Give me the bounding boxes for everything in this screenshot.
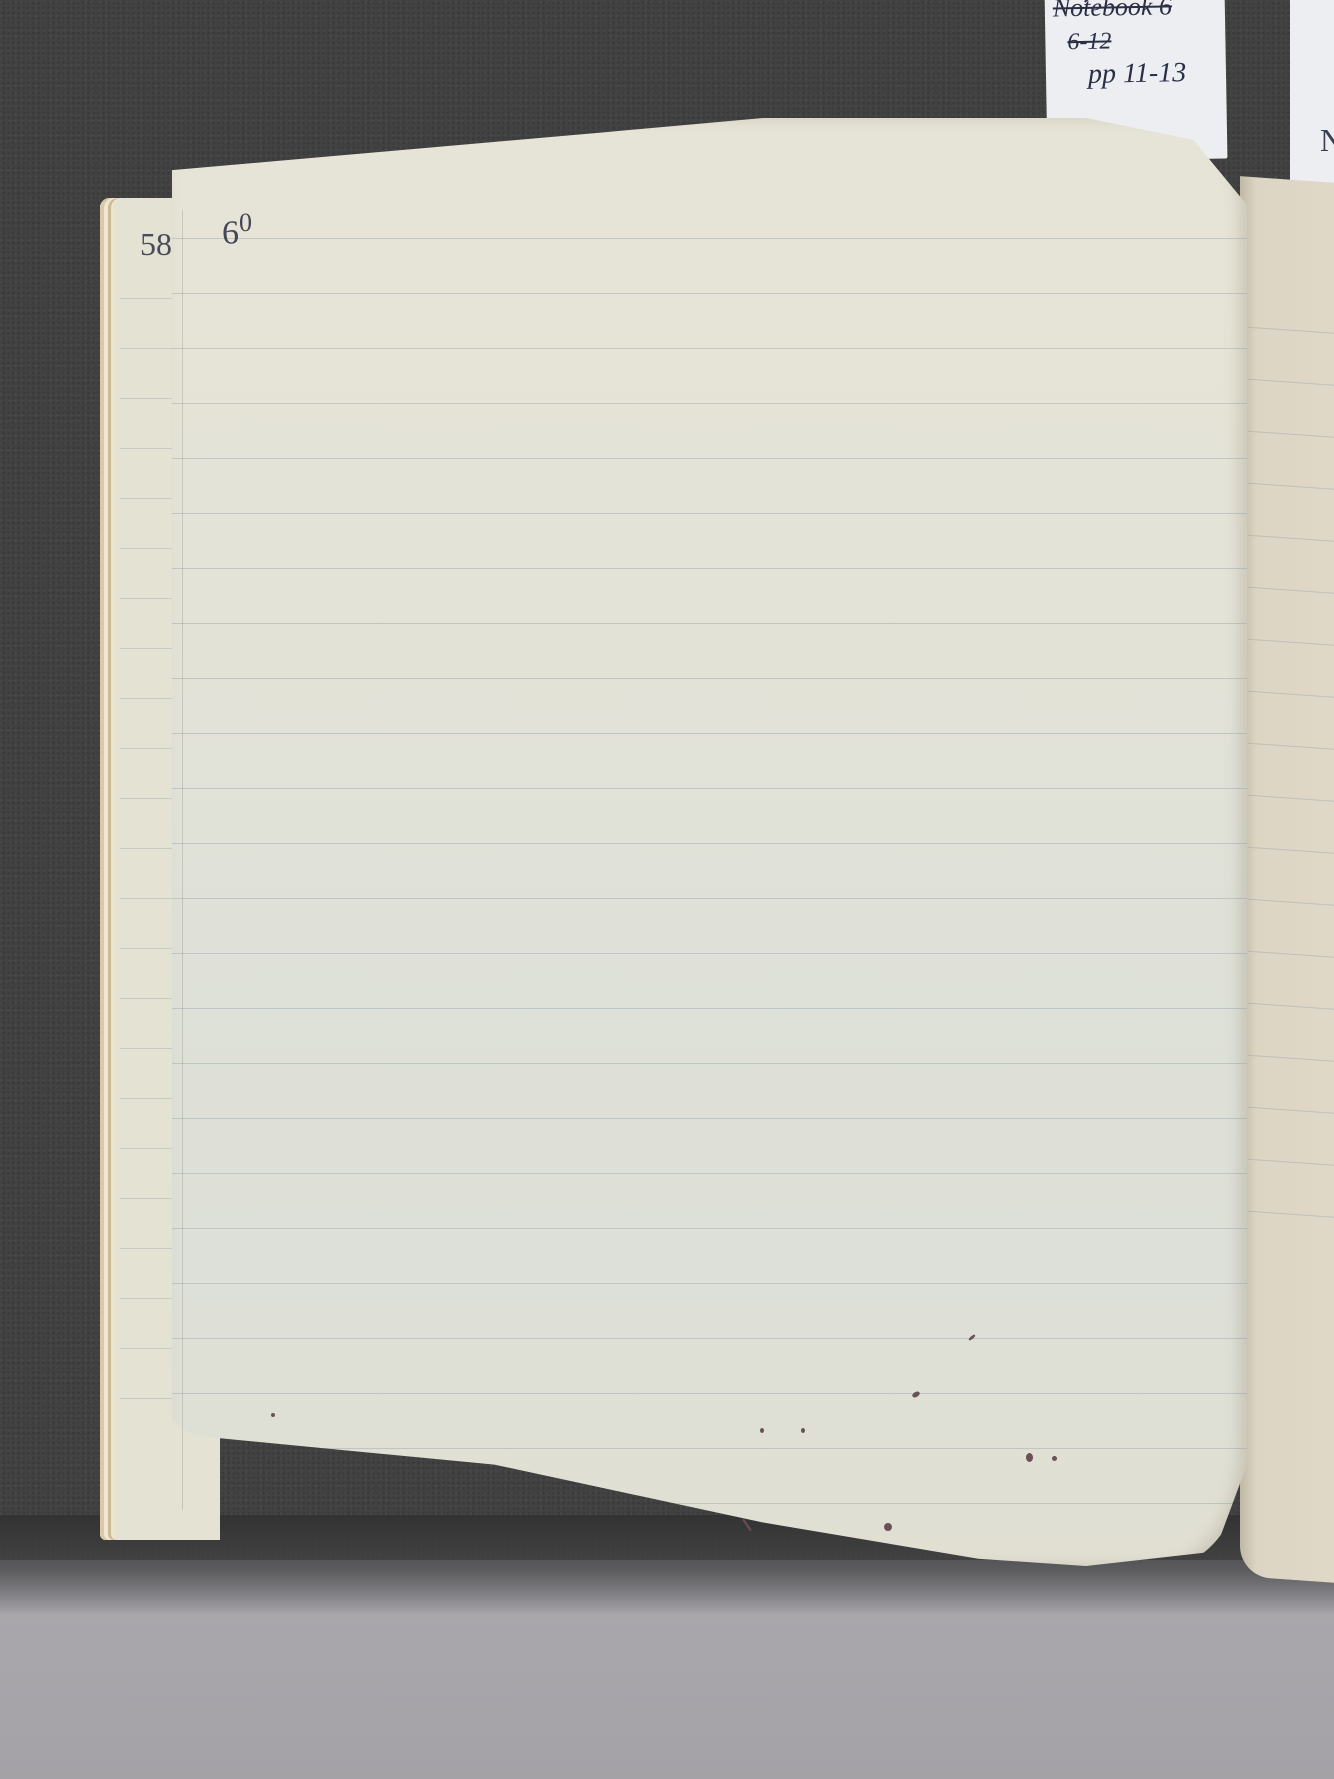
ruled-line xyxy=(1248,587,1334,596)
ruled-line xyxy=(1248,743,1334,752)
ruled-line xyxy=(172,1008,1247,1009)
page-number-digit: 6 xyxy=(222,214,239,251)
ruled-line xyxy=(1248,1211,1334,1220)
ruled-line xyxy=(1248,1159,1334,1168)
notebook-page-blank xyxy=(172,118,1247,1566)
ruled-line xyxy=(172,733,1247,734)
ruled-line xyxy=(172,513,1247,514)
ruled-line xyxy=(1248,951,1334,960)
ruled-line xyxy=(1248,1107,1334,1116)
ink-fleck xyxy=(271,1413,275,1417)
second-label-card: N xyxy=(1290,0,1334,190)
page-number-60: 60 xyxy=(222,208,252,252)
ruled-line xyxy=(172,1283,1247,1284)
photo-scene: Notebook 6 6-12 pp 11-13 N xyxy=(0,0,1334,1779)
ruled-line xyxy=(172,293,1247,294)
facing-page-right xyxy=(1240,176,1334,1584)
second-label-fragment: N xyxy=(1320,122,1334,159)
ink-fleck xyxy=(760,1428,764,1433)
ruled-line xyxy=(172,568,1247,569)
ruled-line xyxy=(1248,795,1334,804)
ruled-line xyxy=(172,1228,1247,1229)
ink-fleck xyxy=(801,1428,805,1433)
ruled-line xyxy=(172,1173,1247,1174)
ruled-line xyxy=(1248,639,1334,648)
page-number-58: 58 xyxy=(140,226,172,263)
ruled-line xyxy=(172,1448,1247,1449)
ruled-line xyxy=(1248,431,1334,440)
ruled-line xyxy=(1248,1055,1334,1064)
label-line-page-range: pp 11-13 xyxy=(1088,57,1187,91)
ruled-line xyxy=(172,238,1247,239)
ruled-line xyxy=(1248,379,1334,388)
ruled-line xyxy=(172,458,1247,459)
ink-fleck xyxy=(884,1523,892,1531)
label-line-struck-number: 6-12 xyxy=(1067,28,1111,56)
ruled-line xyxy=(1248,691,1334,700)
page-gutter-edge xyxy=(182,210,183,1510)
ink-fleck xyxy=(1026,1453,1033,1462)
ruled-line xyxy=(1248,899,1334,908)
ruled-line xyxy=(172,1063,1247,1064)
ruled-line xyxy=(172,1338,1247,1339)
ruled-line xyxy=(1248,483,1334,492)
ruled-line xyxy=(172,348,1247,349)
ruled-line xyxy=(1248,327,1334,336)
ruled-line xyxy=(172,788,1247,789)
ruled-line xyxy=(172,1393,1247,1394)
ruled-line xyxy=(1248,847,1334,856)
ruled-line xyxy=(172,1118,1247,1119)
ruled-line xyxy=(172,898,1247,899)
ruled-line xyxy=(172,843,1247,844)
ruled-line xyxy=(172,953,1247,954)
ruled-line xyxy=(172,678,1247,679)
ink-fleck xyxy=(1052,1456,1057,1461)
page-number-superscript: 0 xyxy=(239,208,252,237)
ruled-line xyxy=(1248,1003,1334,1012)
ruled-line xyxy=(172,403,1247,404)
ruled-line xyxy=(172,623,1247,624)
label-line-notebook: Notebook 6 xyxy=(1053,0,1173,23)
ruled-line xyxy=(1248,535,1334,544)
